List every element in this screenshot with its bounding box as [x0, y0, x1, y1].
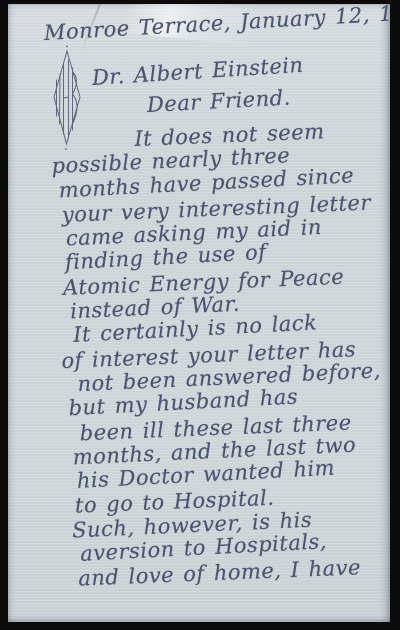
scan-frame: { "document": { "monogram": "IHB", "head…	[0, 0, 400, 630]
recipient-line: Dr. Albert Einstein	[91, 53, 304, 90]
salutation-line: Dear Friend.	[146, 85, 291, 116]
letter-paper: Monroe Terrace, January 12, 1948 Dr. Alb…	[8, 4, 390, 622]
letter-body: It does not seem possible nearly three m…	[8, 115, 390, 593]
monogram-top-dot	[66, 46, 68, 48]
monogram-letter-h	[64, 60, 69, 138]
monogram-letter-i	[60, 74, 61, 124]
